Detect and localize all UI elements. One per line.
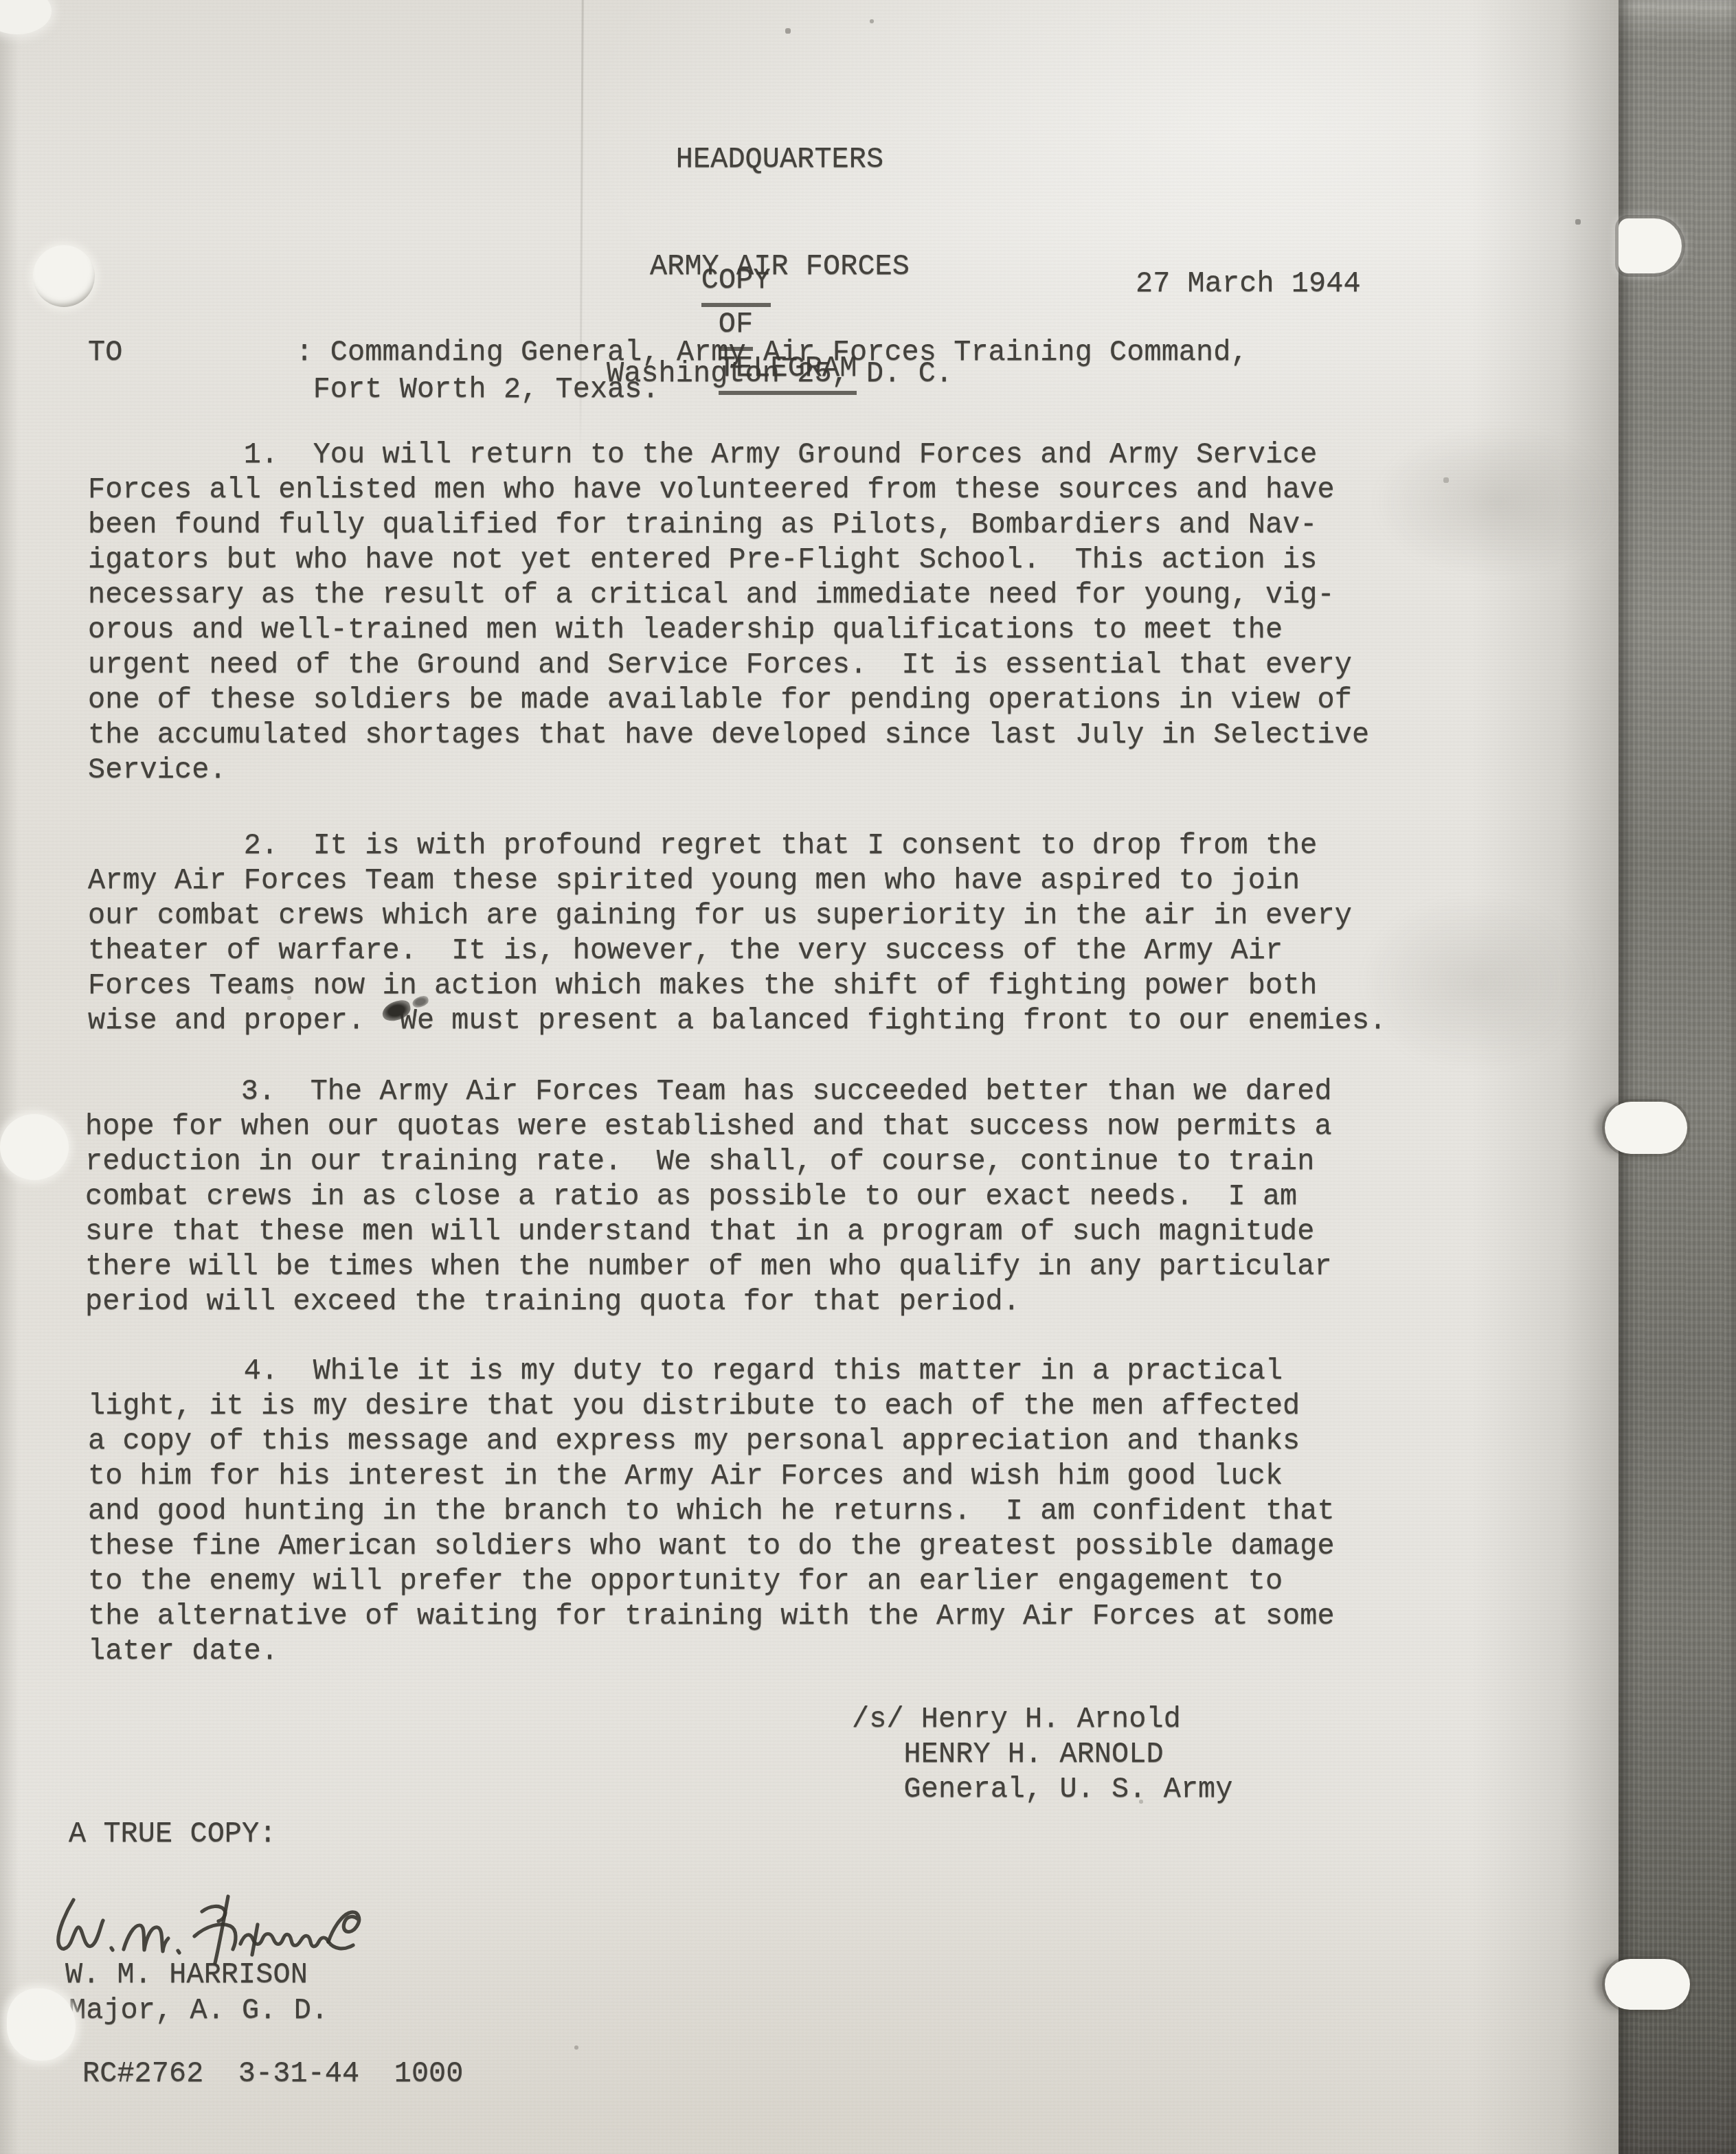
punch-hole bbox=[1605, 1102, 1687, 1154]
scanned-telegram-page: HEADQUARTERS ARMY AIR FORCES Washington … bbox=[0, 0, 1736, 2154]
addressee-block: TO : Commanding General, Army Air Forces… bbox=[88, 334, 1248, 408]
punch-hole bbox=[1619, 218, 1682, 273]
letterhead-line-1: HEADQUARTERS bbox=[453, 141, 1106, 177]
paragraph-2: 2. It is with profound regret that I con… bbox=[88, 828, 1386, 1039]
true-copy-label: A TRUE COPY: bbox=[69, 1817, 276, 1852]
reference-number: RC#2762 3-31-44 1000 bbox=[82, 2056, 464, 2091]
scan-blotch bbox=[1360, 893, 1594, 1072]
paragraph-1: 1. You will return to the Army Ground Fo… bbox=[88, 438, 1369, 788]
binding-gutter-shadow bbox=[1470, 0, 1619, 2154]
paragraph-4: 4. While it is my duty to regard this ma… bbox=[88, 1354, 1335, 1669]
left-edge-shadow bbox=[0, 0, 19, 2154]
scan-blotch bbox=[1374, 426, 1621, 577]
harrison-handwritten-signature bbox=[48, 1890, 364, 1973]
doc-type-word: COPY bbox=[701, 263, 771, 307]
punch-hole bbox=[1605, 1959, 1690, 2010]
punch-hole bbox=[0, 1114, 69, 1180]
paragraph-3: 3. The Army Air Forces Team has succeede… bbox=[85, 1074, 1332, 1319]
sender-signature-block: /s/ Henry H. Arnold HENRY H. ARNOLD Gene… bbox=[852, 1702, 1233, 1807]
document-date: 27 March 1944 bbox=[1136, 267, 1361, 302]
punch-hole bbox=[7, 1988, 76, 2061]
punch-hole bbox=[33, 245, 95, 307]
certifying-officer-title: Major, A. G. D. bbox=[69, 1993, 328, 2028]
binding-strip bbox=[1619, 0, 1736, 2154]
scan-corner-artifact bbox=[0, 0, 52, 34]
